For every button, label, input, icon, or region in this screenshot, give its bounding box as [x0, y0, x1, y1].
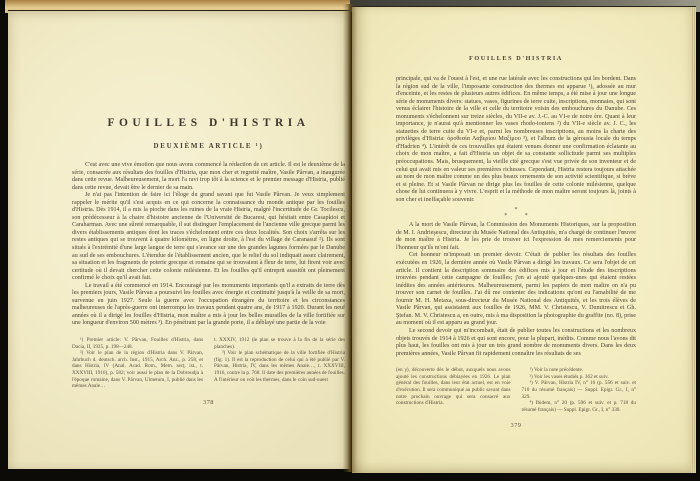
footnote: ¹) Premier article: V. Pârvan, Fouilles …	[72, 337, 203, 350]
running-header: FOUILLES D'HISTRIA	[396, 55, 636, 62]
body-paragraph: C'est avec une vive émotion que nous avo…	[72, 162, 345, 192]
left-page-text-column: FOUILLES D'HISTRIA DEUXIÈME ARTICLE ¹) C…	[72, 117, 345, 406]
footnote: ⁴) Ibidem, n° 20 (p. 596 et suiv. et p. …	[522, 400, 637, 413]
footnote: (en γ), découverte dès le début, auxquel…	[396, 367, 511, 407]
article-subtitle: DEUXIÈME ARTICLE ¹)	[72, 142, 345, 150]
body-paragraph: Je n'ai pas l'intention de faire ici l'é…	[72, 192, 345, 283]
page-number: 378	[72, 399, 345, 406]
left-page: FOUILLES D'HISTRIA DEUXIÈME ARTICLE ¹) C…	[8, 10, 350, 469]
right-page-text-column: FOUILLES D'HISTRIA principale, qui va de…	[396, 55, 636, 429]
body-paragraph: principale, qui va de l'ouest à l'est, e…	[396, 76, 636, 204]
body-paragraph: Cet honneur m'imposait un premier devoir…	[396, 252, 636, 327]
body-paragraph: Le second devoir qui m'incombait, était …	[396, 328, 636, 358]
footnote: ¹) Voir la note précédente.	[522, 367, 637, 374]
article-title: FOUILLES D'HISTRIA	[72, 117, 345, 129]
page-number: 379	[396, 422, 636, 429]
body-paragraph: Le travail a été commencé en 1914. Encou…	[72, 283, 345, 328]
footnotes-section: ¹) Premier article: V. Pârvan, Fouilles …	[72, 337, 345, 390]
footnote: ³) Voir le plan schématique de la ville …	[214, 350, 345, 383]
footnote-column-right: t. XXXIV, 1912 (le plan se trouve à la f…	[214, 337, 345, 390]
footnote: ³) V. Pârvan, Histria IV, n° 16 (p. 556 …	[522, 380, 637, 400]
footnote-column-left: (en γ), découverte dès le début, auxquel…	[396, 367, 511, 413]
footnote: t. XXXIV, 1912 (le plan se trouve à la f…	[214, 337, 345, 350]
footnote-column-left: ¹) Premier article: V. Pârvan, Fouilles …	[72, 337, 203, 390]
book-scan: FOUILLES D'HISTRIA DEUXIÈME ARTICLE ¹) C…	[0, 0, 700, 481]
right-page: FOUILLES D'HISTRIA principale, qui va de…	[352, 6, 696, 473]
footnote-column-right: ¹) Voir la note précédente. ²) Voir les …	[522, 367, 637, 413]
footnote: ²) Voir le plan de la région d'Histria d…	[72, 350, 203, 390]
asterism-bottom: * *	[396, 213, 636, 219]
body-paragraph: A la mort de Vasile Pârvan, la Commissio…	[396, 222, 636, 252]
section-break: * * *	[396, 208, 636, 219]
page-stack-edge	[691, 7, 696, 473]
footnotes-section: (en γ), découverte dès le début, auxquel…	[396, 367, 636, 413]
